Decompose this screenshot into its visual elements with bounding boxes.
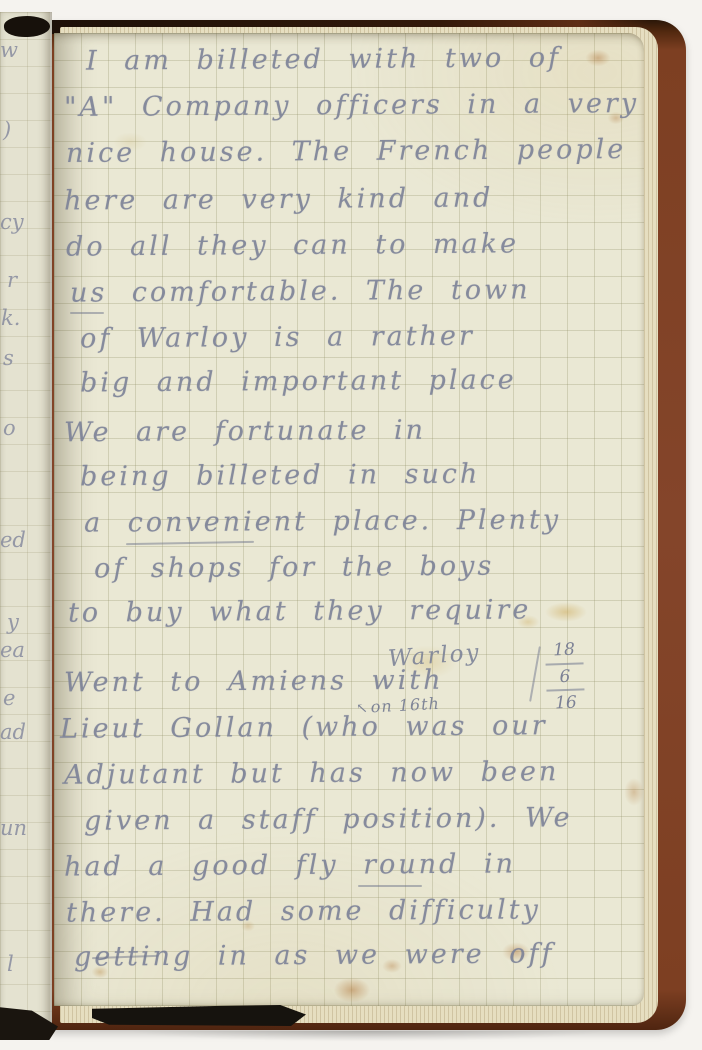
pencil-underline	[70, 312, 104, 314]
margin-annotation-place: Warloy	[387, 640, 481, 672]
handwritten-line: Lieut Gollan (who was our	[60, 710, 548, 744]
handwritten-line: nice house. The French people	[66, 134, 626, 169]
handwritten-line: a convenient place. Plenty	[84, 504, 561, 538]
handwritten-line: "A" Company officers in a very	[64, 88, 639, 123]
handwritten-line: had a good fly round in	[64, 848, 516, 882]
annotation-date-year: 16	[546, 689, 585, 717]
diary-photo: w ) cy r k. s o ed y ea e ad un l I am b…	[0, 0, 702, 1050]
handwritten-line: of Warloy is a rather	[80, 321, 475, 355]
handwritten-line: to buy what they require	[68, 594, 532, 628]
handwritten-line: given a staff position). We	[84, 802, 573, 836]
handwritten-line: of shops for the boys	[94, 551, 494, 585]
annotation-date-month: 6	[546, 662, 585, 690]
annotation-date-day: 18	[545, 637, 584, 663]
pencil-underline	[358, 885, 422, 887]
handwritten-line: being billeted in such	[80, 459, 481, 493]
annotation-separator-stroke	[529, 646, 541, 701]
handwritten-line: Went to Amiens with	[64, 665, 444, 699]
handwritten-line: I am billeted with two of	[86, 42, 561, 76]
handwritten-line: big and important place	[80, 364, 517, 398]
handwritten-line: do all they can to make	[66, 228, 519, 262]
margin-annotation-date: 18 6 16	[545, 637, 586, 716]
insertion-caret-icon: ↖	[356, 701, 370, 718]
handwritten-line: Adjutant but has now been	[64, 756, 560, 790]
manuscript-text: I am billeted with two of "A" Company of…	[0, 0, 702, 1050]
handwritten-line: us comfortable. The town	[70, 274, 531, 308]
handwritten-line: We are fortunate in	[64, 415, 426, 449]
handwritten-line: there. Had some difficulty	[66, 894, 541, 928]
handwritten-line: here are very kind and	[64, 183, 494, 217]
insertion-text: on 16th	[370, 694, 440, 717]
pencil-underline	[126, 541, 254, 545]
